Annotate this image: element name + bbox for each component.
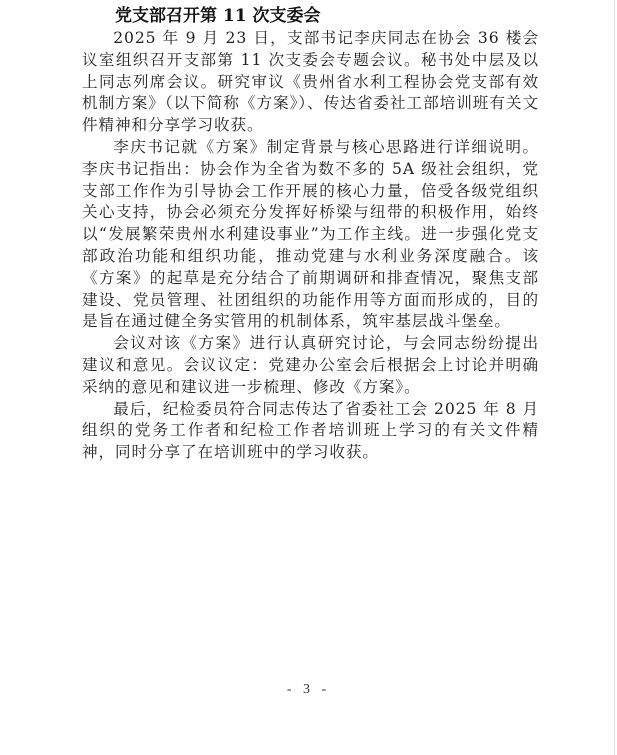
page-number: - 3 - <box>0 682 617 698</box>
paragraph-secretary-remarks: 李庆书记就《方案》制定背景与核心思路进行详细说明。李庆书记指出：协会作为全省为数… <box>82 137 539 333</box>
document-page: 党支部召开第 11 次支委会 2025 年 9 月 23 日，支部书记李庆同志在… <box>0 0 615 755</box>
article-title: 党支部召开第 11 次支委会 <box>115 4 539 28</box>
paragraph-meeting-resolution: 会议对该《方案》进行认真研究讨论，与会同志纷纷提出建议和意见。会议议定：党建办公… <box>82 333 539 398</box>
paragraph-training-sharing: 最后，纪检委员符合同志传达了省委社工会 2025 年 8 月组织的党务工作者和纪… <box>82 399 539 464</box>
document-body: 党支部召开第 11 次支委会 2025 年 9 月 23 日，支部书记李庆同志在… <box>82 4 539 464</box>
paragraph-meeting-overview: 2025 年 9 月 23 日，支部书记李庆同志在协会 36 楼会议室组织召开支… <box>82 28 539 137</box>
